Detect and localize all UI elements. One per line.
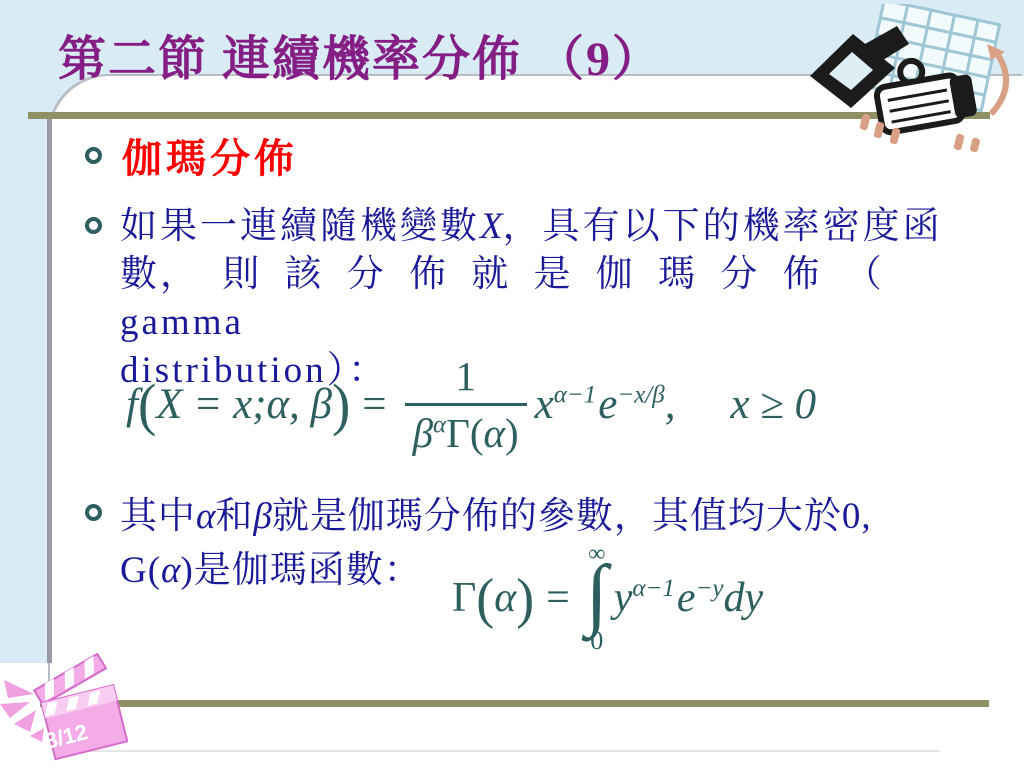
definition-line2: 數， 則 該 分 佈 就 是 伽 瑪 分 佈 （ gamma (120, 251, 1000, 347)
integral-icon: ∫ (586, 562, 608, 628)
definition-line1: 如果一連續隨機變數X，具有以下的機率密度函 (120, 203, 1000, 251)
p-g-open: G( (120, 550, 161, 591)
f2-alpha: α (494, 574, 516, 622)
f1-e-base: e (598, 381, 617, 428)
f2-y-base: y (614, 575, 633, 621)
clapperboard-icon: 3/12 (28, 652, 127, 760)
f1-open-paren: ( (138, 371, 156, 437)
line1-post: ，具有以下的機率密度函 (503, 206, 943, 247)
f2-y-term: yα−1 (614, 574, 675, 622)
f1-close-paren: ) (332, 371, 350, 437)
f1-numerator: 1 (443, 352, 488, 403)
f1-f: f (126, 380, 138, 429)
gamma-function-formula: Γ(α) = ∞ ∫ 0 yα−1 e−y dy (452, 542, 763, 654)
computer-spreadsheet-clipart (805, 4, 1017, 154)
f2-open-paren: ( (476, 565, 494, 630)
f1-e-term: e−x/β (598, 380, 664, 429)
f2-e-term: e−y (677, 574, 724, 622)
bullet-circle-icon (85, 217, 102, 234)
parameters-line1: 其中α和β就是伽瑪分佈的參數，其值均大於0, (120, 490, 1000, 544)
f1-equals: = (362, 380, 386, 429)
f1-den-beta-sup: α (433, 411, 446, 438)
f1-e-sup: −x/β (617, 382, 664, 409)
bullet-circle-icon (85, 504, 102, 521)
f1-comma: , (665, 380, 676, 429)
f1-denominator: βαΓ(α) (405, 403, 527, 457)
p-beta: β (253, 496, 271, 537)
film-clapperboard-clipart: 3/12 (0, 648, 128, 766)
p-pre: 其中 (120, 496, 196, 537)
p-g-post: )是伽瑪函數： (180, 550, 421, 591)
line1-variable: X (480, 206, 503, 247)
f1-x-base: x (535, 381, 554, 428)
p-post: 就是伽瑪分佈的參數，其值均大於0, (272, 496, 872, 537)
f2-lower-limit: 0 (590, 628, 603, 654)
f2-dy: dy (724, 574, 764, 622)
f1-den-beta: β (413, 410, 433, 456)
f1-den-gamma: Γ( (446, 410, 483, 456)
f1-fraction: 1 βαΓ(α) (405, 352, 527, 457)
f1-x-sup: α−1 (554, 382, 597, 409)
f1-x-term: xα−1 (535, 380, 597, 429)
bullet-circle-icon (85, 147, 102, 164)
f1-condition: x ≥ 0 (730, 380, 816, 429)
f2-equals: = (546, 574, 570, 622)
f2-integral: ∞ ∫ 0 (586, 542, 608, 654)
slide-title: 第二節 連續機率分佈 （9） (58, 20, 662, 89)
f2-e-sup: −y (696, 575, 724, 602)
p-mid: 和 (215, 496, 253, 537)
f2-y-sup: α−1 (632, 575, 675, 602)
f2-e-base: e (677, 575, 696, 621)
gamma-heading: 伽瑪分佈 (122, 136, 298, 182)
footer-rule (40, 700, 989, 707)
p-g-alpha: α (161, 550, 180, 591)
f2-gamma: Γ (452, 574, 476, 622)
bullet-item-gamma-heading: 伽瑪分佈 (85, 136, 298, 182)
p-alpha: α (196, 496, 215, 537)
gamma-pdf-formula: f(X = x;α, β) = 1 βαΓ(α) xα−1 e−x/β , x … (126, 352, 816, 457)
left-border-line (47, 118, 52, 663)
background-left-strip (0, 118, 50, 663)
footer-faint-line (60, 750, 940, 752)
f1-arguments: X = x;α, β (156, 380, 332, 429)
f1-den-alpha: α (483, 410, 505, 456)
f1-den-close: ) (505, 410, 519, 456)
arrow-icon (987, 44, 1006, 114)
line1-pre: 如果一連續隨機變數 (120, 206, 480, 247)
f2-close-paren: ) (516, 565, 534, 630)
